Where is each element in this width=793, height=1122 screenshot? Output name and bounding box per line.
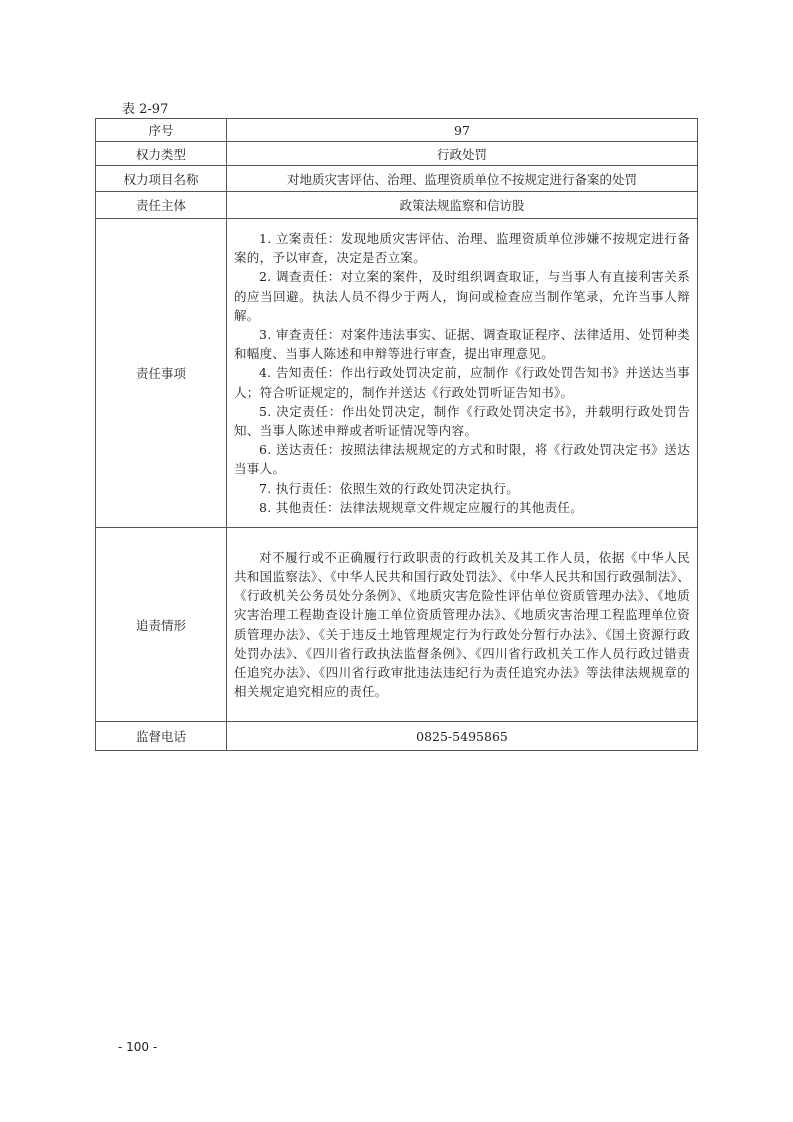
responsibility-item: 1. 立案责任：发现地质灾害评估、治理、监理资质单位涉嫌不按规定进行备案的，予以… [234,229,690,267]
row-label: 责任主体 [96,192,227,219]
table-row-phone: 监督电话 0825-5495865 [96,722,698,751]
row-label: 序号 [96,119,227,142]
row-value: 政策法规监察和信访股 [227,192,698,219]
table-row-power-type: 权力类型 行政处罚 [96,142,698,166]
row-value: 97 [227,119,698,142]
table-row-accountability: 追责情形 对不履行或不正确履行行政职责的行政机关及其工作人员，依据《中华人民共和… [96,528,698,722]
table-row-responsible-body: 责任主体 政策法规监察和信访股 [96,192,698,219]
table-row-power-name: 权力项目名称 对地质灾害评估、治理、监理资质单位不按规定进行备案的处罚 [96,166,698,192]
row-label: 责任事项 [96,219,227,528]
accountability-text: 对不履行或不正确履行行政职责的行政机关及其工作人员，依据《中华人民共和国监察法》… [234,548,690,702]
accountability-cell: 对不履行或不正确履行行政职责的行政机关及其工作人员，依据《中华人民共和国监察法》… [227,528,698,722]
responsibility-item: 2. 调查责任：对立案的案件，及时组织调查取证，与当事人有直接利害关系的应当回避… [234,267,690,325]
responsibility-item: 6. 送达责任：按照法律法规规定的方式和时限，将《行政处罚决定书》送达当事人。 [234,440,690,478]
power-item-table: 序号 97 权力类型 行政处罚 权力项目名称 对地质灾害评估、治理、监理资质单位… [95,118,698,751]
table-caption: 表 2-97 [122,98,168,117]
row-label: 权力项目名称 [96,166,227,192]
table-row-responsibilities: 责任事项 1. 立案责任：发现地质灾害评估、治理、监理资质单位涉嫌不按规定进行备… [96,219,698,528]
row-label: 权力类型 [96,142,227,166]
row-value: 行政处罚 [227,142,698,166]
row-value: 对地质灾害评估、治理、监理资质单位不按规定进行备案的处罚 [227,166,698,192]
responsibility-item: 4. 告知责任：作出行政处罚决定前，应制作《行政处罚告知书》并送达当事人；符合听… [234,363,690,401]
page-number: - 100 - [118,1040,157,1054]
responsibilities-list: 1. 立案责任：发现地质灾害评估、治理、监理资质单位涉嫌不按规定进行备案的，予以… [227,219,698,528]
row-label: 追责情形 [96,528,227,722]
phone-number: 0825-5495865 [227,722,698,751]
row-label: 监督电话 [96,722,227,751]
table-row-serial: 序号 97 [96,119,698,142]
responsibility-item: 8. 其他责任：法律法规规章文件规定应履行的其他责任。 [234,498,690,517]
responsibility-item: 7. 执行责任：依照生效的行政处罚决定执行。 [234,479,690,498]
responsibility-item: 3. 审查责任：对案件违法事实、证据、调查取证程序、法律适用、处罚种类和幅度、当… [234,325,690,363]
responsibility-item: 5. 决定责任：作出处罚决定，制作《行政处罚决定书》，并载明行政处罚告知、当事人… [234,402,690,440]
